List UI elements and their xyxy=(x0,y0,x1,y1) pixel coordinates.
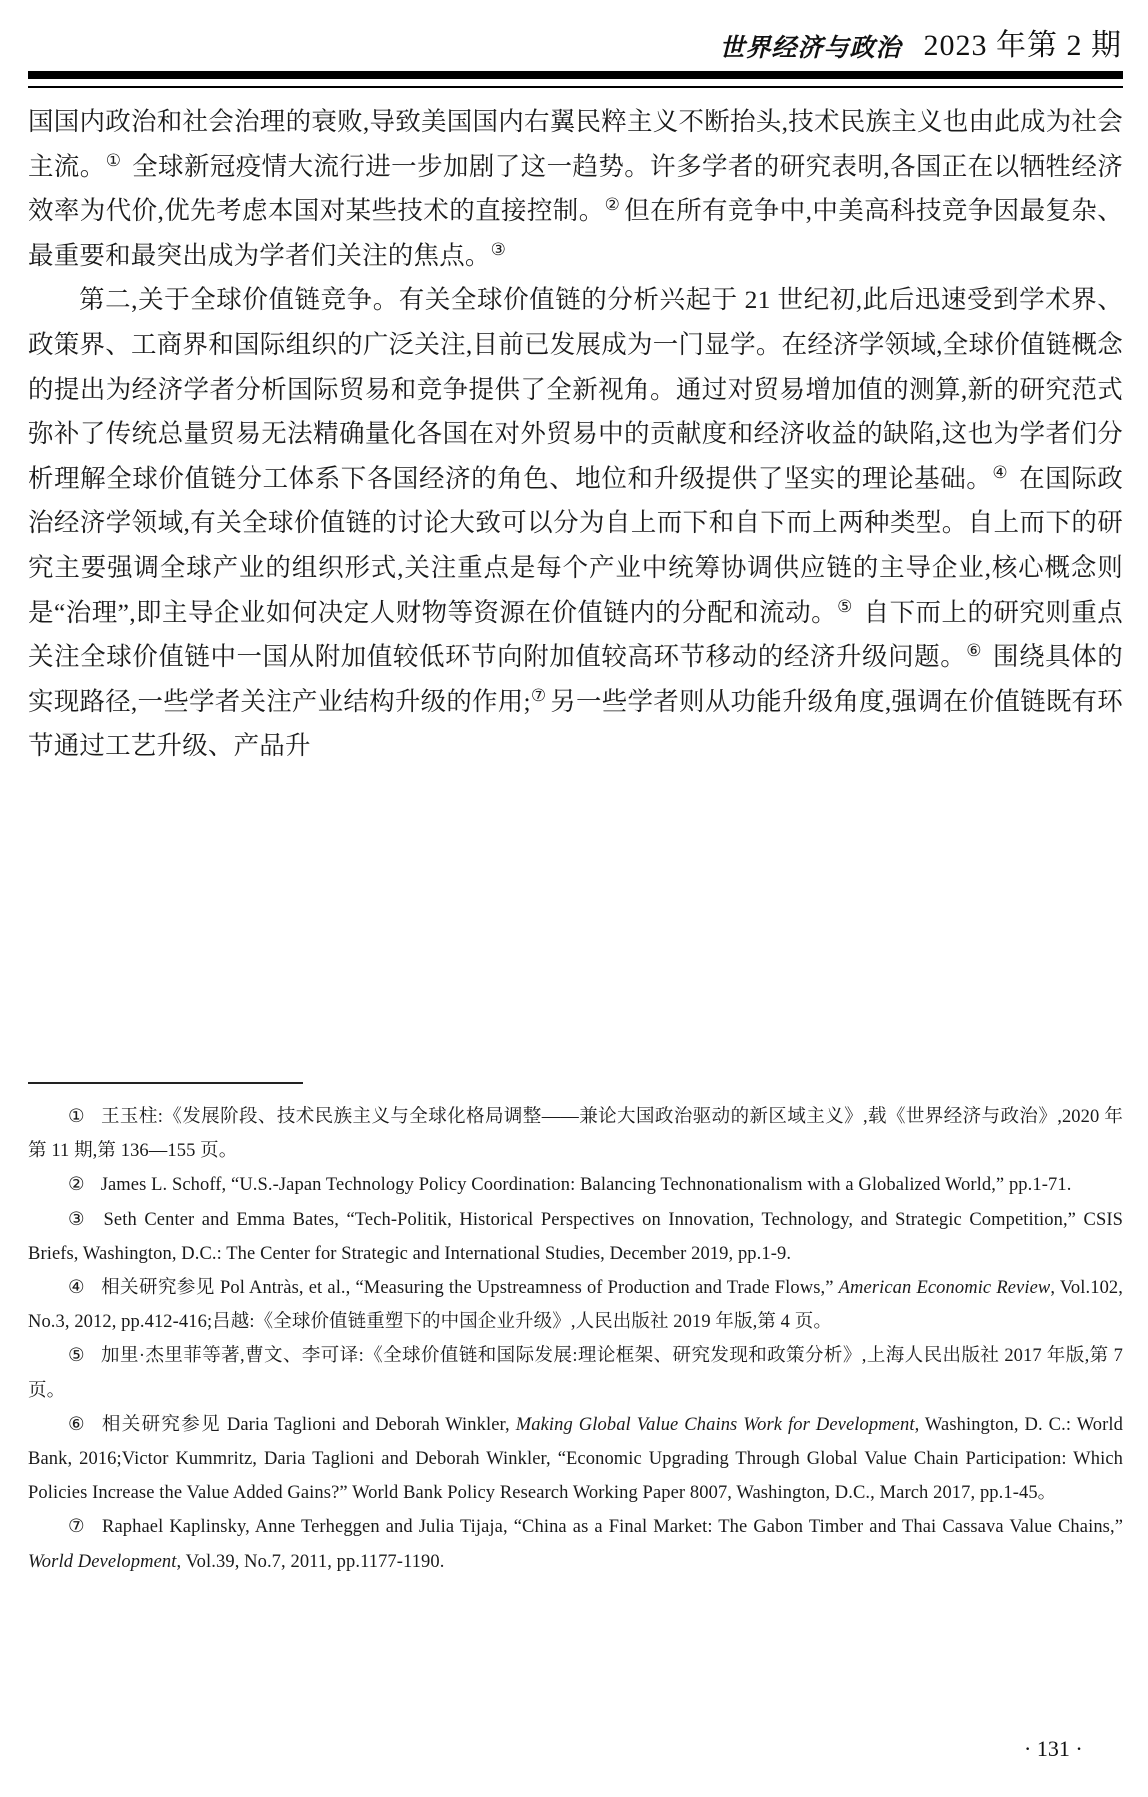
footnote-number: ③ xyxy=(68,1210,88,1230)
text-run: , Vol.39, No.7, 2011, pp.1177-1190. xyxy=(176,1552,444,1572)
footnote-number: ⑥ xyxy=(68,1415,86,1435)
journal-name: 世界经济与政治 xyxy=(719,28,901,64)
text-run: 加里·杰里菲等著,曹文、李可译:《全球价值链和国际发展:理论框架、研究发现和政策… xyxy=(28,1346,1123,1400)
footnotes: ①王玉柱:《发展阶段、技术民族主义与全球化格局调整——兼论大国政治驱动的新区域主… xyxy=(28,1100,1123,1579)
footnote-item: ④相关研究参见 Pol Antràs, et al., “Measuring t… xyxy=(28,1271,1123,1339)
footnote-marker[interactable]: ③ xyxy=(491,240,506,259)
header-rule-thin xyxy=(28,86,1123,88)
footnote-marker[interactable]: ⑥ xyxy=(966,641,982,660)
footnote-marker[interactable]: ① xyxy=(106,151,122,170)
text-run: Seth Center and Emma Bates, “Tech-Politi… xyxy=(28,1210,1123,1264)
footnote-item: ⑥相关研究参见 Daria Taglioni and Deborah Winkl… xyxy=(28,1408,1123,1511)
text-run: Raphael Kaplinsky, Anne Terheggen and Ju… xyxy=(102,1517,1123,1537)
text-run: 第二,关于全球价值链竞争。有关全球价值链的分析兴起于 21 世纪初,此后迅速受到… xyxy=(28,285,1123,492)
text-run: 相关研究参见 Pol Antràs, et al., “Measuring th… xyxy=(101,1278,839,1298)
page-number: · 131 · xyxy=(1024,1736,1083,1762)
footnote-number: ④ xyxy=(68,1278,85,1298)
body-text: 国国内政治和社会治理的衰败,导致美国国内右翼民粹主义不断抬头,技术民族主义也由此… xyxy=(28,100,1123,769)
text-run: 相关研究参见 Daria Taglioni and Deborah Winkle… xyxy=(102,1415,516,1435)
footnote-item: ①王玉柱:《发展阶段、技术民族主义与全球化格局调整——兼论大国政治驱动的新区域主… xyxy=(28,1100,1123,1168)
footnote-item: ⑦Raphael Kaplinsky, Anne Terheggen and J… xyxy=(28,1510,1123,1578)
text-run: 王玉柱:《发展阶段、技术民族主义与全球化格局调整——兼论大国政治驱动的新区域主义… xyxy=(28,1107,1123,1161)
issue-label: 2023 年第 2 期 xyxy=(924,20,1123,64)
header-rule-thick xyxy=(28,71,1123,79)
footnote-separator xyxy=(28,1082,303,1084)
footnote-item: ⑤加里·杰里菲等著,曹文、李可译:《全球价值链和国际发展:理论框架、研究发现和政… xyxy=(28,1339,1123,1407)
footnote-marker[interactable]: ④ xyxy=(992,463,1008,482)
body-paragraph: 国国内政治和社会治理的衰败,导致美国国内右翼民粹主义不断抬头,技术民族主义也由此… xyxy=(28,100,1123,278)
footnote-number: ① xyxy=(68,1107,85,1127)
running-header: 世界经济与政治 2023 年第 2 期 xyxy=(719,20,1122,64)
footnote-item: ②James L. Schoff, “U.S.-Japan Technology… xyxy=(28,1168,1123,1202)
footnote-number: ② xyxy=(68,1175,85,1195)
footnote-number: ⑤ xyxy=(68,1346,85,1366)
footnote-item: ③Seth Center and Emma Bates, “Tech-Polit… xyxy=(28,1203,1123,1271)
body-paragraph: 第二,关于全球价值链竞争。有关全球价值链的分析兴起于 21 世纪初,此后迅速受到… xyxy=(28,278,1123,769)
footnote-marker[interactable]: ⑦ xyxy=(531,686,547,705)
italic-title: World Development xyxy=(28,1552,176,1572)
footnote-marker[interactable]: ② xyxy=(605,195,621,214)
footnote-marker[interactable]: ⑤ xyxy=(837,597,853,616)
italic-title: Making Global Value Chains Work for Deve… xyxy=(516,1415,915,1435)
italic-title: American Economic Review xyxy=(839,1278,1051,1298)
footnote-number: ⑦ xyxy=(68,1517,86,1537)
text-run: James L. Schoff, “U.S.-Japan Technology … xyxy=(101,1175,1072,1195)
